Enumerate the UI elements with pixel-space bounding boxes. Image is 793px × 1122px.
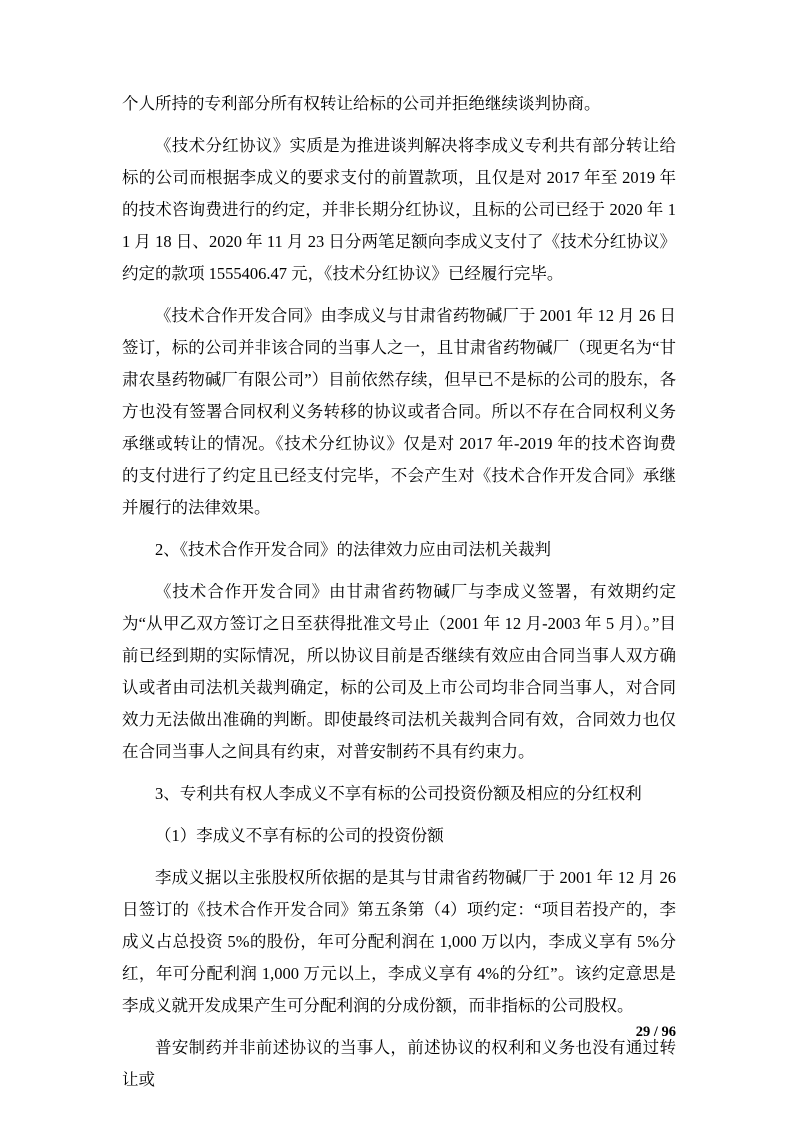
document-body: 个人所持的专利部分所有权转让给标的公司并拒绝继续谈判协商。 《技术分红协议》实质… [122, 88, 676, 1106]
document-page: 个人所持的专利部分所有权转让给标的公司并拒绝继续谈判协商。 《技术分红协议》实质… [0, 0, 793, 1122]
paragraph-continuation: 个人所持的专利部分所有权转让给标的公司并拒绝继续谈判协商。 [122, 88, 676, 120]
section-heading-2: 2、《技术合作开发合同》的法律效力应由司法机关裁判 [122, 534, 676, 566]
paragraph-tech-cooperation-contract: 《技术合作开发合同》由李成义与甘肃省药物碱厂于 2001 年 12 月 26 日… [122, 300, 676, 524]
paragraph-contract-validity: 《技术合作开发合同》由甘肃省药物碱厂与李成义签署，有效期约定为“从甲乙双方签订之… [122, 576, 676, 768]
page-footer: 29 / 96 [122, 1022, 676, 1042]
subsection-heading-1: （1）李成义不享有标的公司的投资份额 [122, 820, 676, 852]
paragraph-tech-dividend-agreement: 《技术分红协议》实质是为推进谈判解决将李成义专利共有部分转让给标的公司而根据李成… [122, 130, 676, 290]
paragraph-equity-claim-basis: 李成义据以主张股权所依据的是其与甘肃省药物碱厂于 2001 年 12 月 26 … [122, 862, 676, 1022]
section-heading-3: 3、专利共有权人李成义不享有标的公司投资份额及相应的分红权利 [122, 778, 676, 810]
page-number: 29 / 96 [636, 1024, 676, 1040]
